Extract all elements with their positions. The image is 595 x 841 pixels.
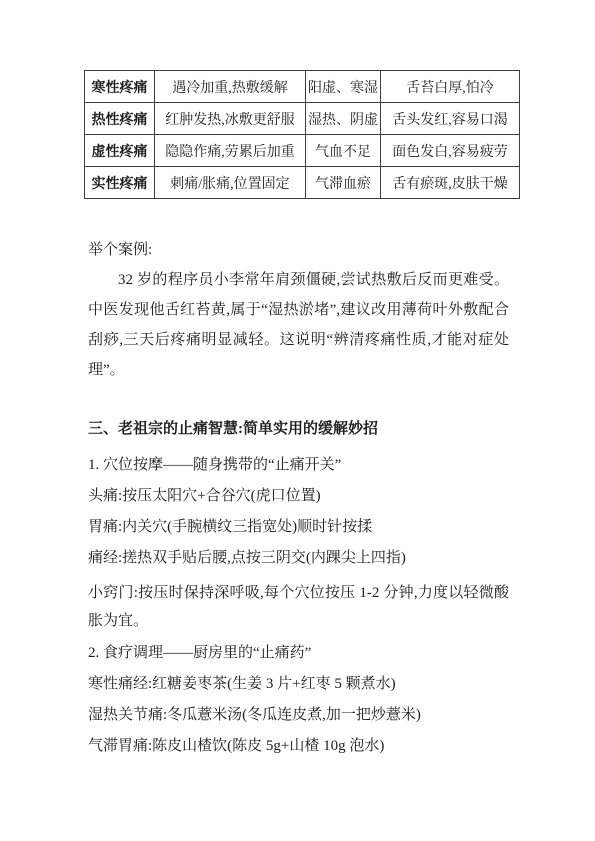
pain-type-table: 寒性疼痛 遇冷加重,热敷缓解 阳虚、寒湿 舌苔白厚,怕冷 热性疼痛 红肿发热,冰…	[84, 70, 520, 199]
table-cell-pain-type: 实性疼痛	[85, 167, 155, 199]
table-cell-cause: 湿热、阴虚	[306, 103, 381, 135]
table-cell-pain-type: 虚性疼痛	[85, 135, 155, 167]
acupressure-tip-paragraph: 小窍门:按压时保持深呼吸,每个穴位按压 1-2 分钟,力度以轻微酸胀为宜。	[88, 579, 509, 635]
table-row: 寒性疼痛 遇冷加重,热敷缓解 阳虚、寒湿 舌苔白厚,怕冷	[85, 71, 520, 103]
table-row: 实性疼痛 刺痛/胀痛,位置固定 气滞血瘀 舌有瘀斑,皮肤干燥	[85, 167, 520, 199]
subsection-1-title: 1. 穴位按摩——随身携带的“止痛开关”	[88, 450, 509, 480]
subsection-2-title: 2. 食疗调理——厨房里的“止痛药”	[88, 638, 509, 668]
diet-line-cold-cramps: 寒性痛经:红糖姜枣茶(生姜 3 片+红枣 5 颗煮水)	[88, 669, 509, 699]
table-row: 虚性疼痛 隐隐作痛,劳累后加重 气血不足 面色发白,容易疲劳	[85, 135, 520, 167]
acupressure-line-stomachache: 胃痛:内关穴(手腕横纹三指宽处)顺时针按揉	[88, 512, 509, 542]
acupressure-line-headache: 头痛:按压太阳穴+合谷穴(虎口位置)	[88, 481, 509, 511]
table-cell-cause: 气滞血瘀	[306, 167, 381, 199]
table-cell-sign: 舌头发红,容易口渴	[381, 103, 520, 135]
case-example-paragraph: 32 岁的程序员小李常年肩颈僵硬,尝试热敷后反而更难受。中医发现他舌红苔黄,属于…	[88, 265, 509, 385]
table-cell-cause: 气血不足	[306, 135, 381, 167]
table-cell-pain-type: 寒性疼痛	[85, 71, 155, 103]
body-text-column: 举个案例: 32 岁的程序员小李常年肩颈僵硬,尝试热敷后反而更难受。中医发现他舌…	[88, 235, 509, 761]
document-page: 寒性疼痛 遇冷加重,热敷缓解 阳虚、寒湿 舌苔白厚,怕冷 热性疼痛 红肿发热,冰…	[0, 0, 595, 841]
table-cell-sign: 舌有瘀斑,皮肤干燥	[381, 167, 520, 199]
table-cell-sign: 面色发白,容易疲劳	[381, 135, 520, 167]
table-cell-pain-type: 热性疼痛	[85, 103, 155, 135]
acupressure-line-cramps: 痛经:搓热双手贴后腰,点按三阴交(内踝尖上四指)	[88, 543, 509, 573]
diet-line-qi-stagnation-stomach: 气滞胃痛:陈皮山楂饮(陈皮 5g+山楂 10g 泡水)	[88, 731, 509, 761]
table-cell-symptom: 遇冷加重,热敷缓解	[155, 71, 306, 103]
table-cell-symptom: 刺痛/胀痛,位置固定	[155, 167, 306, 199]
diet-line-damp-heat-joint: 湿热关节痛:冬瓜薏米汤(冬瓜连皮煮,加一把炒薏米)	[88, 700, 509, 730]
section-heading: 三、老祖宗的止痛智慧:简单实用的缓解妙招	[88, 414, 509, 444]
table-cell-sign: 舌苔白厚,怕冷	[381, 71, 520, 103]
table-row: 热性疼痛 红肿发热,冰敷更舒服 湿热、阴虚 舌头发红,容易口渴	[85, 103, 520, 135]
case-example-label: 举个案例:	[88, 235, 509, 265]
table-cell-symptom: 红肿发热,冰敷更舒服	[155, 103, 306, 135]
table-cell-cause: 阳虚、寒湿	[306, 71, 381, 103]
table-cell-symptom: 隐隐作痛,劳累后加重	[155, 135, 306, 167]
